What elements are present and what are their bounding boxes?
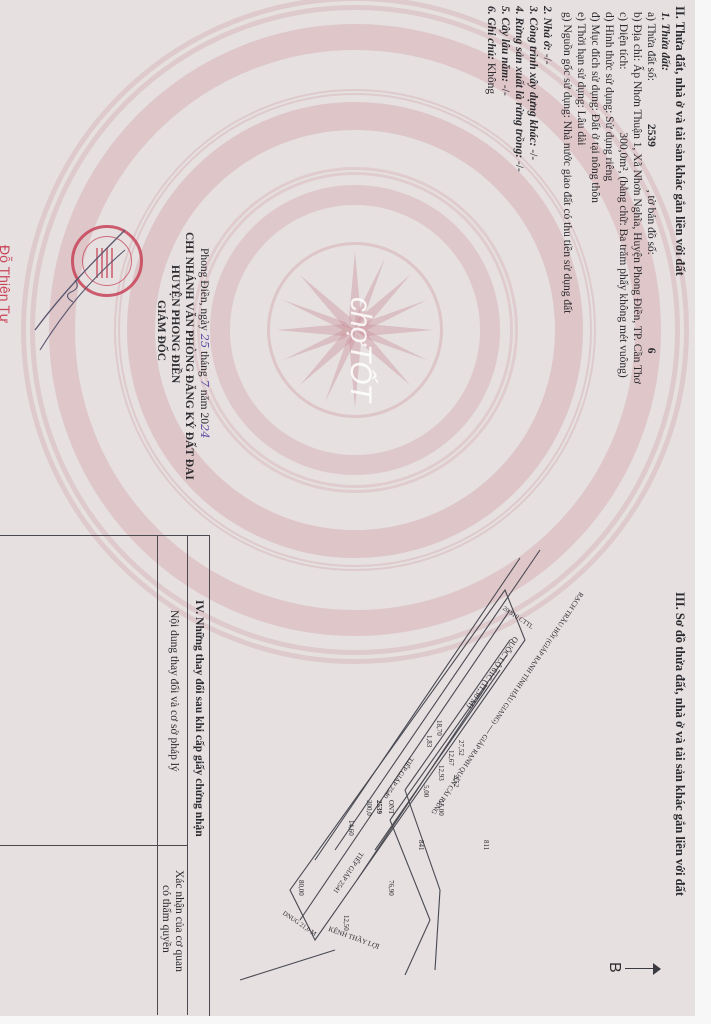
dim-small-a: 14,60 [347,820,355,836]
address-value: Ấp Nhơn Thuận 1, Xã Nhơn Nghĩa, Huyện Ph… [631,64,643,384]
changes-col-header: Nội dung thay đổi và cơ sở pháp lý [168,610,180,772]
usage-form-line: d) Hình thức sử dụng: Sử dụng riêng [603,12,615,181]
dim-value-3: 12,93 [437,765,445,781]
usage-term-line: e) Thời hạn sử dụng: Lâu dài [575,12,587,145]
approval-col-header-2: có thẩm quyền [160,885,172,953]
org-line-1: CHI NHÁNH VĂN PHÒNG ĐĂNG KÝ ĐẤT ĐAI [183,232,195,480]
dim-small-b: 15,00 [437,800,445,816]
note-line: 6. Ghi chú: Không [485,6,497,94]
place-date: Phong Điền, ngày 25 tháng 7 năm 2024 [198,248,212,439]
dim-value-5: 2,52 [452,775,460,787]
dim-value-6: 5,00 [422,785,430,797]
page-edge-bottom [0,1016,711,1024]
role-title: GIÁM ĐỐC [155,300,167,361]
usage-purpose-line: đ) Mục đích sử dụng: Đất ở tại nông thôn [589,12,601,203]
dim-value-2: 12,67 [447,750,455,766]
parcel-number: 2539 [645,124,657,147]
parcel-code: ONT [387,800,395,814]
area-value: 300,0m², (bằng chữ: Ba trăm phẩy không m… [617,132,629,377]
perennial-line: 5. Cây lâu năm: -/- [499,6,511,96]
signer-name: Đỗ Thiện Tư [0,245,13,323]
other-construction-line: 3. Công trình xây dựng khác: -/- [527,6,539,160]
map-sheet-number: 6 [645,348,657,354]
parcel-number-line: a) Thửa đất số: 2539 , tờ bản đồ số: 6 [645,12,657,354]
dim-value-4: 27,52 [457,740,465,756]
section-iv-title: IV. Những thay đổi sau khi cấp giấy chứn… [193,600,205,837]
parcel-number-map: 2539 [375,800,383,814]
org-line-2: HUYỆN PHONG ĐIỀN [169,265,181,383]
section-ii-title: II. Thửa đất, nhà ở và tài sản khác gắn … [672,6,687,276]
north-arrow-head-icon [653,963,661,975]
table-divider-v [0,845,188,846]
watermark-logo: chợTỐT [343,297,377,401]
section-iii-title: III. Sơ đồ thửa đất, nhà ở và tài sản kh… [672,592,687,896]
address-line: b) Địa chỉ: Ấp Nhơn Thuận 1, Xã Nhơn Ngh… [631,12,643,384]
neighbor-top: 841 [417,840,425,851]
rotated-document: II. Thửa đất, nhà ở và tài sản khác gắn … [0,0,695,1016]
parcel-area-map: 300,0 [365,800,373,816]
approval-col-header-1: Xác nhận của cơ quan [173,870,185,972]
page-edge [695,0,711,1024]
area-line: c) Diện tích: 300,0m², (bằng chữ: Ba tră… [617,12,629,378]
dim-side-b: 80,00 [297,880,305,896]
signature-scribble-icon [25,220,135,360]
forest-line: 4. Rừng sản xuất là rừng trồng: -/- [513,6,525,172]
table-divider-h [187,535,188,1015]
table-header-divider [157,535,158,1015]
neighbor-bottom: 811 [482,840,490,850]
dim-value-0: 18,70 [435,720,443,736]
usage-origin-line: g) Nguồn gốc sử dụng: Nhà nước giao đất … [561,12,573,313]
dim-value-1: 1,83 [425,735,433,747]
dim-bottom: 12,50 [342,915,350,931]
dim-side-a: 76,90 [387,880,395,896]
section-ii-sub1: 1. Thửa đất: [659,12,671,71]
house-line: 2. Nhà ở: -/- [541,6,553,65]
